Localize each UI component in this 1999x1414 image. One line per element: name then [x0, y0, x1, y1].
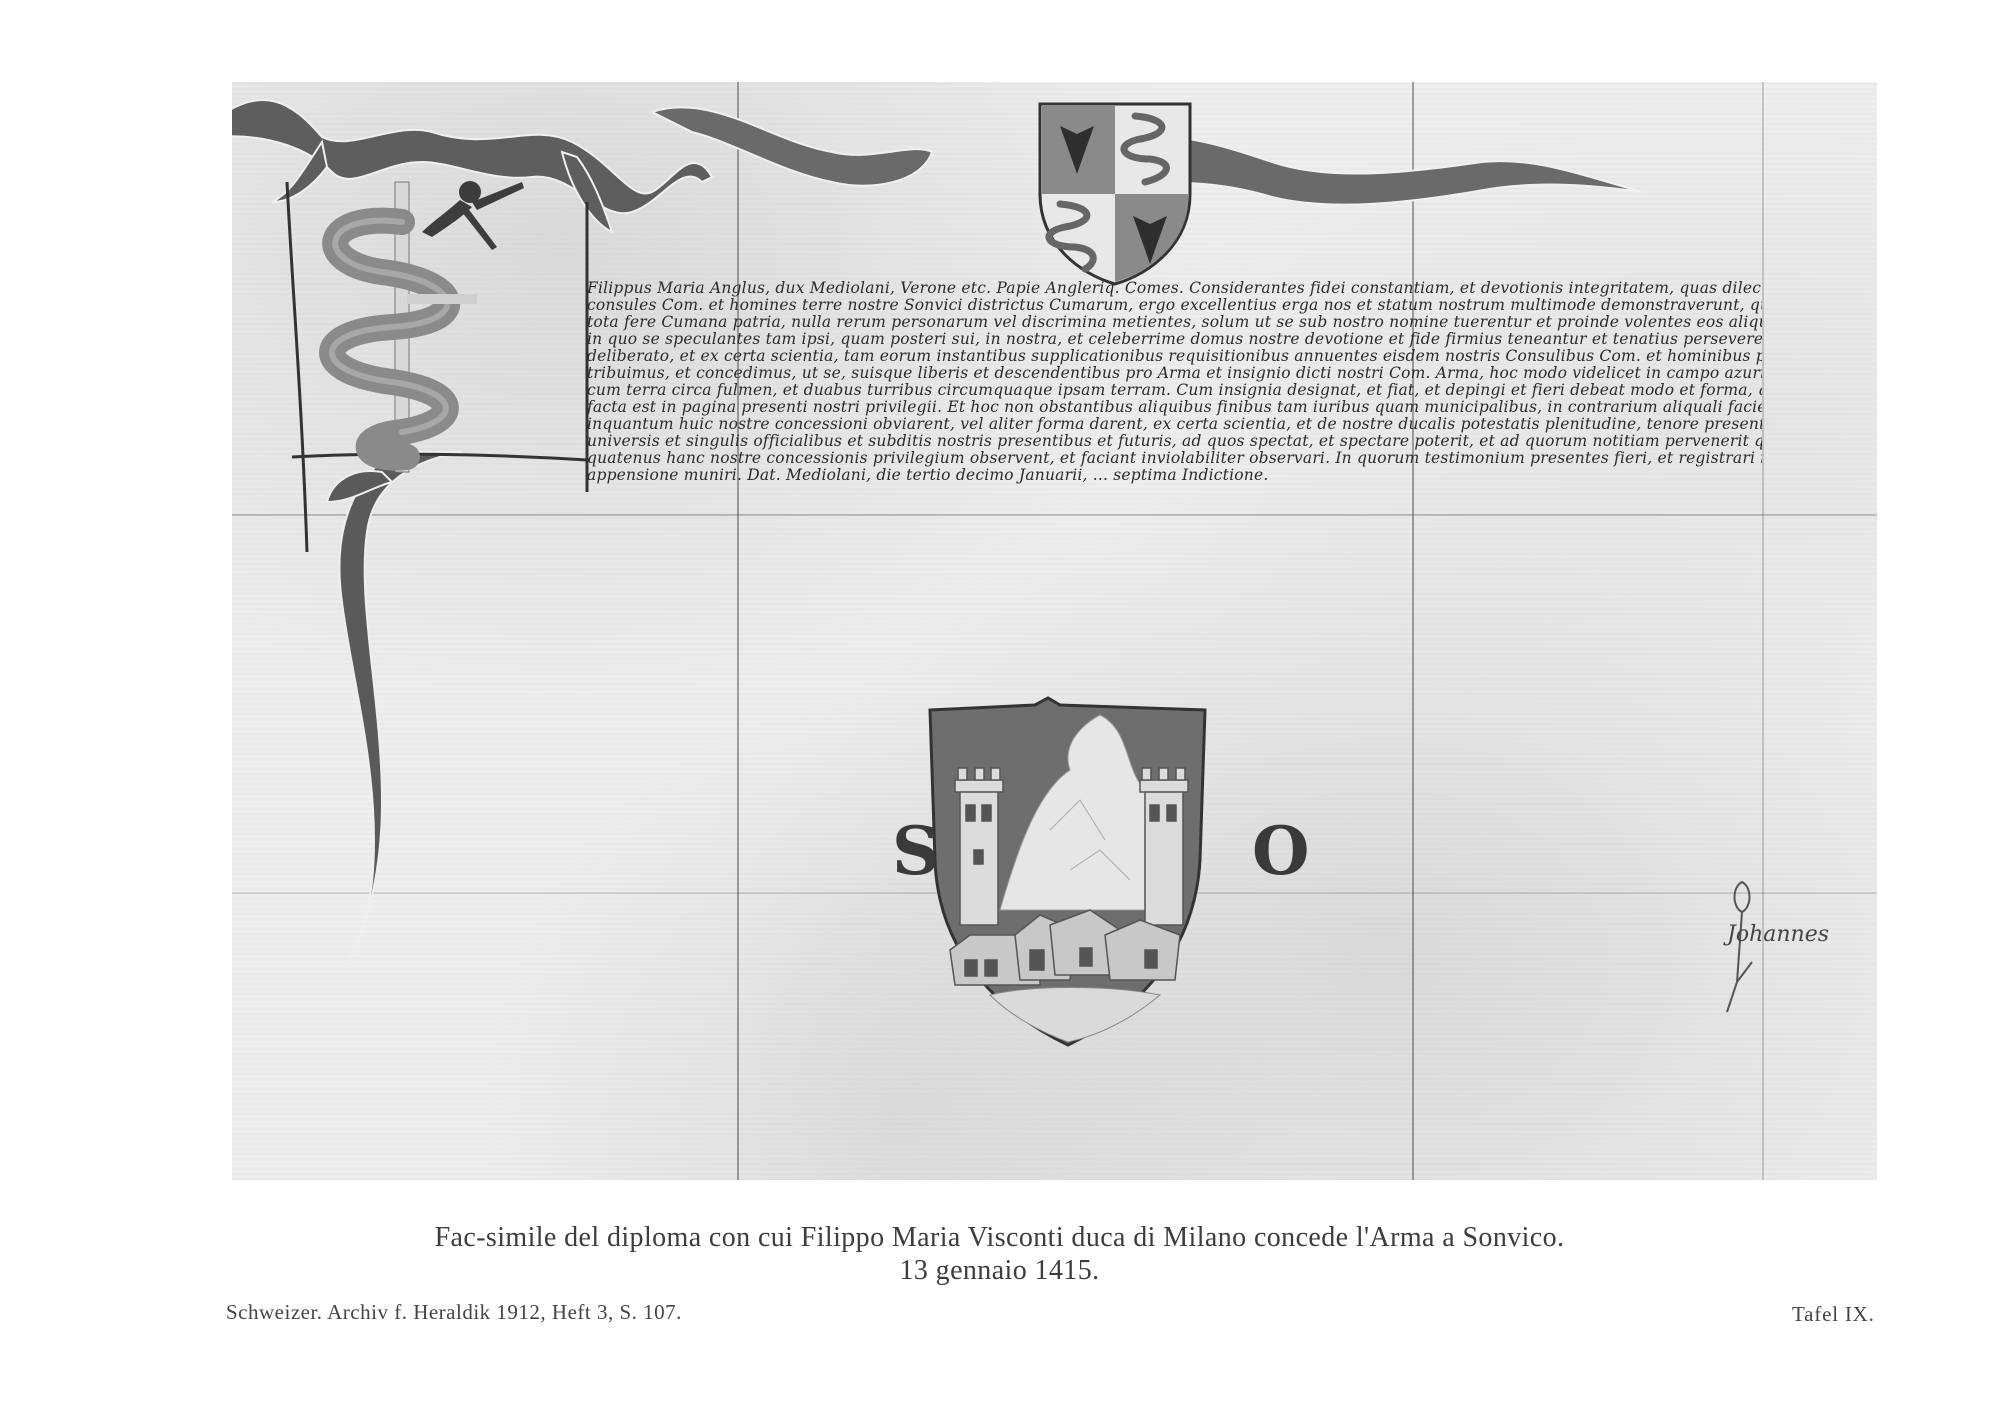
- manuscript-line: tota fere Cumana patria, nulla rerum per…: [587, 314, 1762, 331]
- manuscript-line: tribuimus, et concedimus, ut se, suisque…: [587, 365, 1762, 382]
- notarial-mark-icon: [1727, 882, 1752, 1012]
- manuscript-line: inquantum huic nostre concessioni obviar…: [587, 416, 1762, 433]
- manuscript-line: Filippus Maria Anglus, dux Mediolani, Ve…: [587, 280, 1762, 297]
- diploma-facsimile-photo: Filippus Maria Anglus, dux Mediolani, Ve…: [232, 82, 1877, 1180]
- manuscript-line: quatenus hanc nostre concessionis privil…: [587, 450, 1762, 467]
- caption-title: Fac-simile del diploma con cui Filippo M…: [0, 1222, 1999, 1254]
- visconti-coat-of-arms: [1040, 104, 1190, 284]
- child-figure-icon: [422, 181, 524, 250]
- manuscript-line: universis et singulis officialibus et su…: [587, 433, 1762, 450]
- foliage-border-icon: [232, 100, 712, 232]
- caption-date: 13 gennaio 1415.: [0, 1255, 1999, 1287]
- illumination-artwork: [232, 82, 1877, 1180]
- notary-signature: Johannes: [1727, 922, 1829, 947]
- ornament-tail-icon: [327, 452, 462, 972]
- serpent-initial-icon: [332, 182, 477, 472]
- manuscript-line: cum terra circa fulmen, et duabus turrib…: [587, 382, 1762, 399]
- manuscript-line: consules Com. et homines terre nostre So…: [587, 297, 1762, 314]
- manuscript-line: facta est in pagina presenti nostri priv…: [587, 399, 1762, 416]
- sonvico-coat-of-arms: [930, 698, 1205, 1045]
- manuscript-line: deliberato, et ex certa scientia, tam eo…: [587, 348, 1762, 365]
- arms-initial-o: O: [1252, 812, 1310, 890]
- plate-number: Tafel IX.: [1792, 1302, 1875, 1327]
- manuscript-line: in quo se speculantes tam ipsi, quam pos…: [587, 331, 1762, 348]
- arms-initial-s: S: [892, 812, 940, 890]
- source-reference: Schweizer. Archiv f. Heraldik 1912, Heft…: [226, 1300, 682, 1325]
- manuscript-line: appensione muniri. Dat. Mediolani, die t…: [587, 467, 1762, 484]
- manuscript-text: Filippus Maria Anglus, dux Mediolani, Ve…: [587, 280, 1762, 484]
